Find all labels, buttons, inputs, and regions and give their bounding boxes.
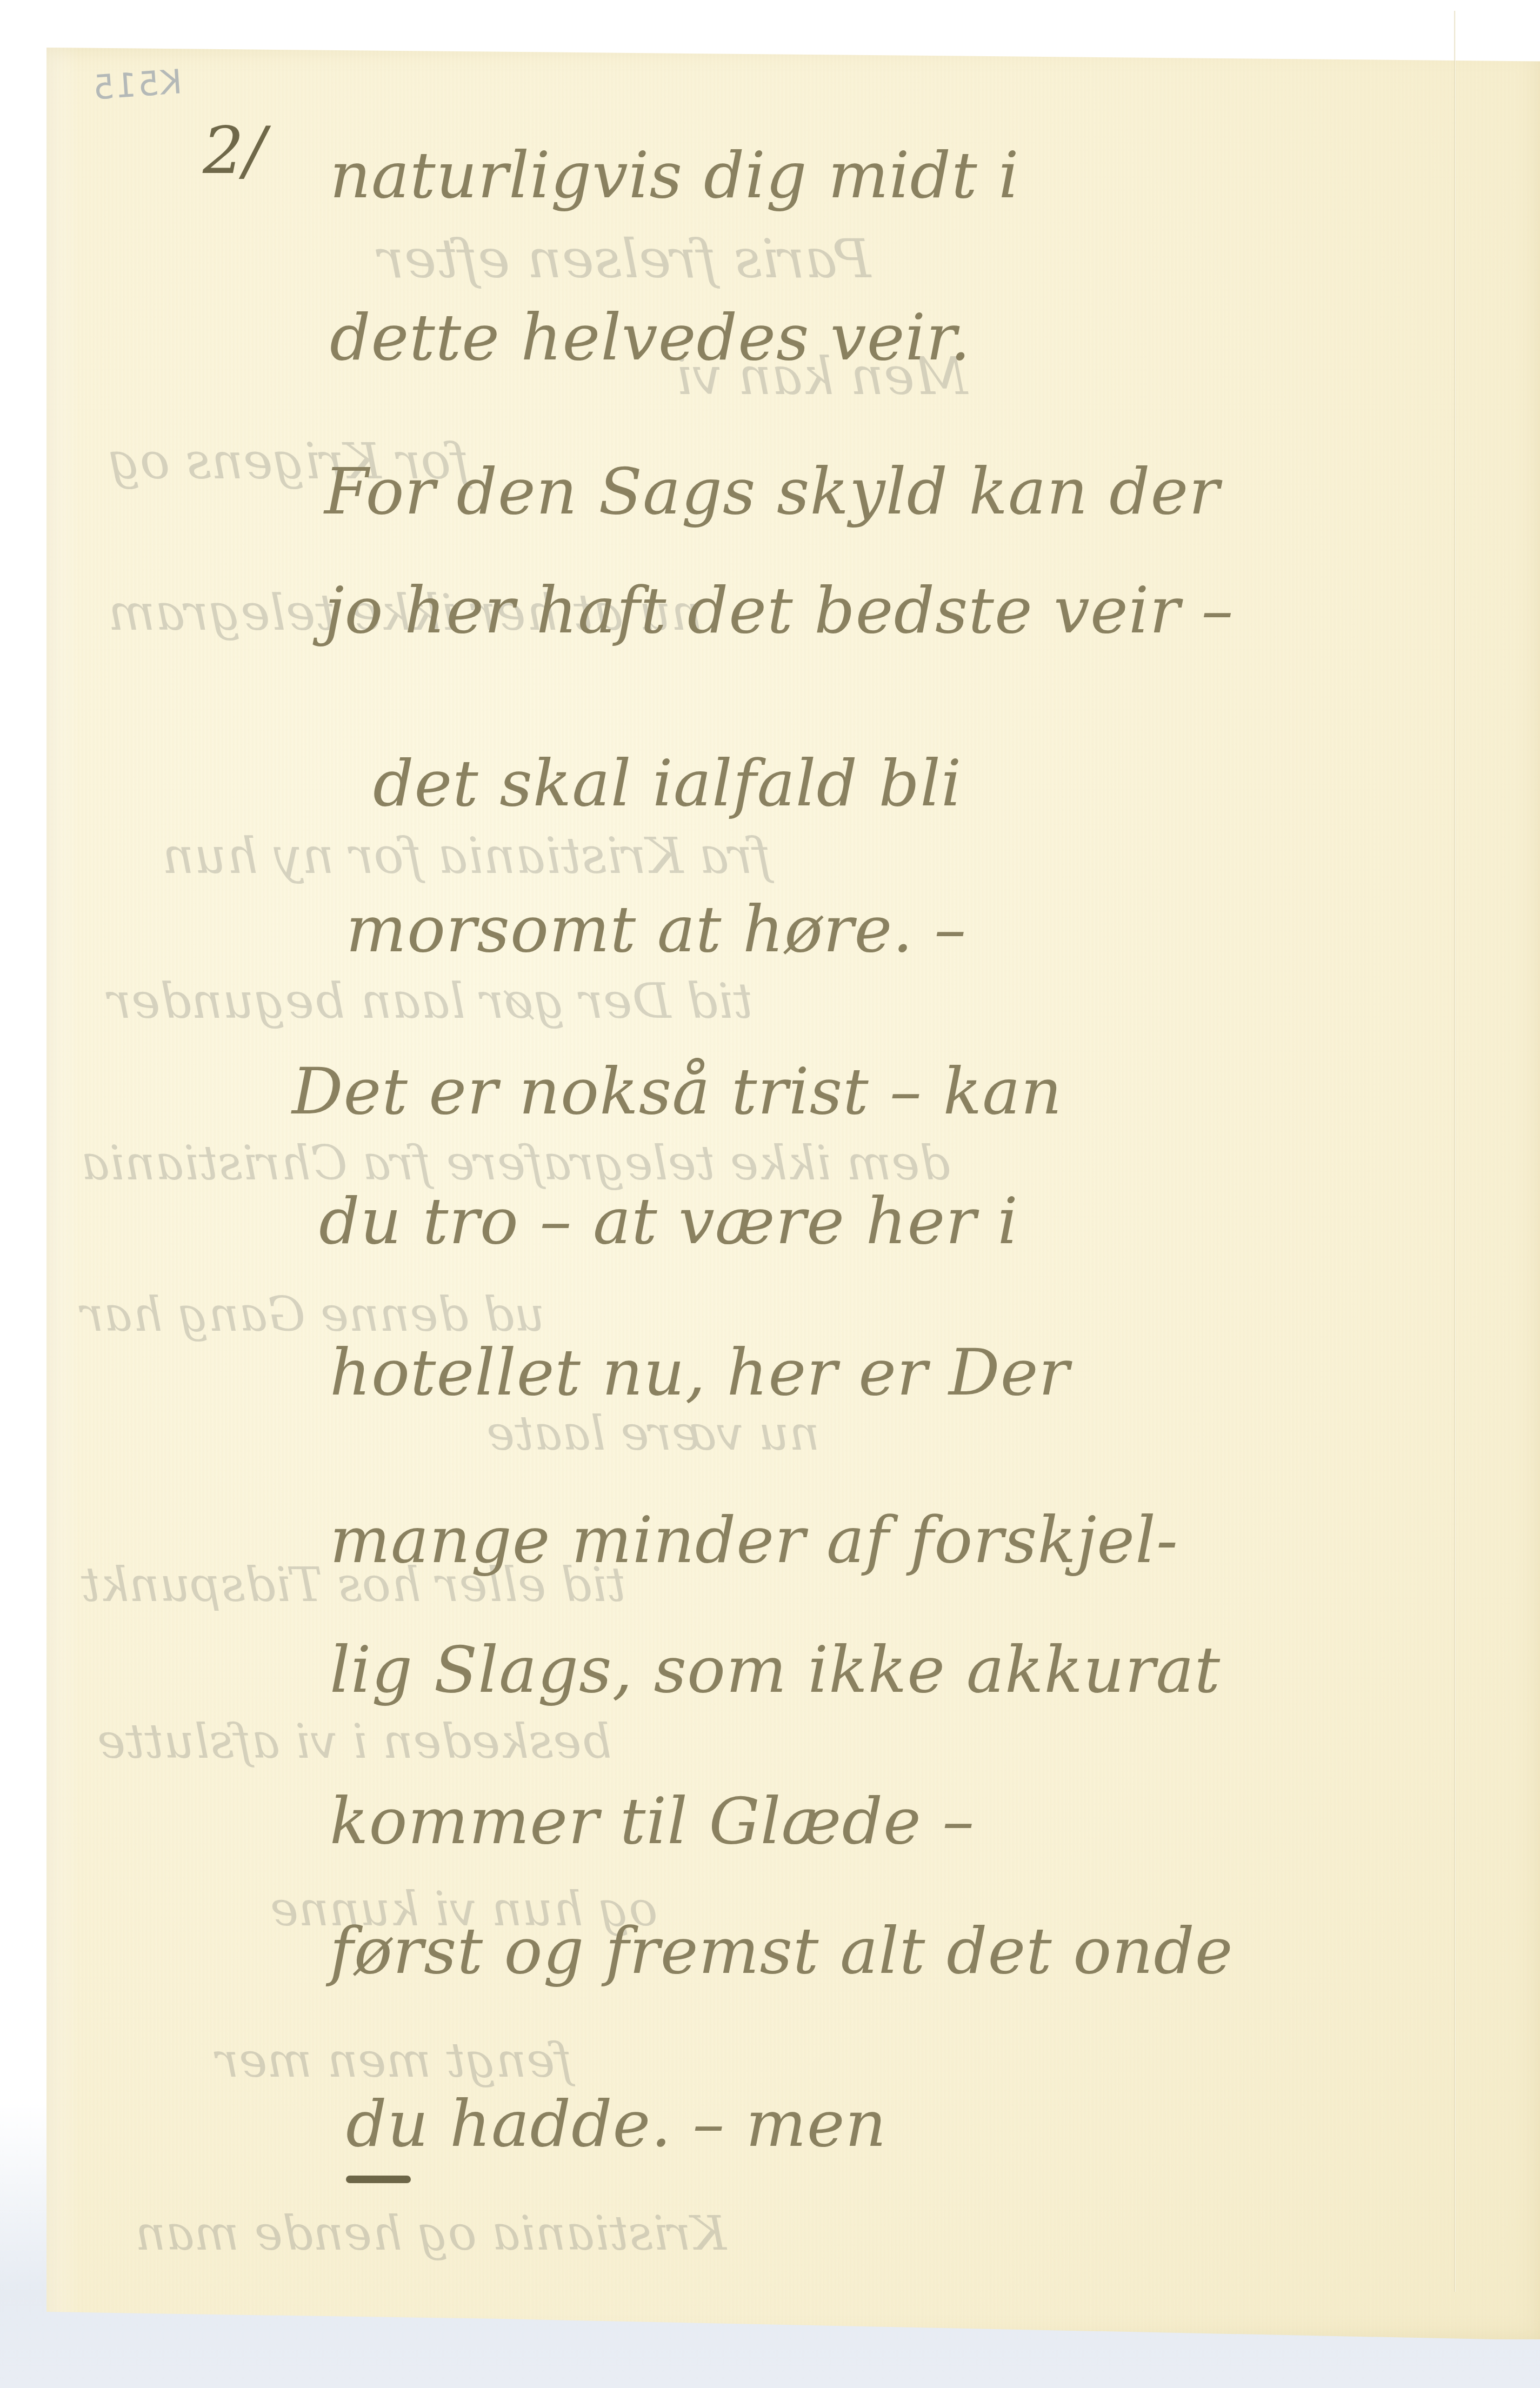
- bleed-through-line: fra Kristiania for ny hun: [162, 827, 771, 885]
- underline-stroke: [346, 2176, 411, 2183]
- bleed-through-line: nu være laate: [486, 1405, 819, 1461]
- letter-line: dette helvedes veir.: [330, 300, 971, 375]
- bleed-through-line: tid Der gør laan begunder: [108, 973, 753, 1030]
- letter-line: naturligvis dig midt i: [330, 138, 1019, 212]
- page-number: 2/: [203, 114, 266, 189]
- bleed-through-line: beskeden i vi afslutte: [97, 1713, 612, 1769]
- bleed-through-line: fengt men mer: [216, 2032, 572, 2088]
- letter-line: hotellet nu, her er Der: [330, 1335, 1070, 1410]
- letter-line: morsomt at høre. –: [346, 892, 966, 966]
- letter-line: du tro – at være her i: [319, 1184, 1018, 1258]
- archive-mark-bleed-through: K515: [91, 62, 184, 107]
- bleed-through-line: dem ikke telegrafere fra Christiania: [81, 1135, 950, 1191]
- letter-line: Det er nokså trist – kan: [292, 1054, 1062, 1129]
- bleed-through-line: Paris frelsen efter: [378, 227, 871, 290]
- letter-line: jo her haft det bedste veir –: [324, 573, 1234, 648]
- letter-line: For den Sags skyld kan der: [324, 454, 1220, 529]
- letter-line: mange minder af forskjel-: [330, 1503, 1178, 1577]
- bleed-through-line: Kristiania og hende man: [135, 2205, 726, 2261]
- letter-line: først og fremst alt det onde: [330, 1913, 1234, 1988]
- paper-fold-line: [1454, 11, 1456, 2292]
- letter-line: kommer til Glæde –: [330, 1784, 975, 1858]
- bleed-through-line: ud denne Gang har: [81, 1286, 545, 1342]
- letter-line: lig Slags, som ikke akkurat: [330, 1632, 1221, 1707]
- letter-line: du hadde. – men: [346, 2086, 887, 2161]
- letter-line: det skal ialfald bli: [373, 746, 962, 821]
